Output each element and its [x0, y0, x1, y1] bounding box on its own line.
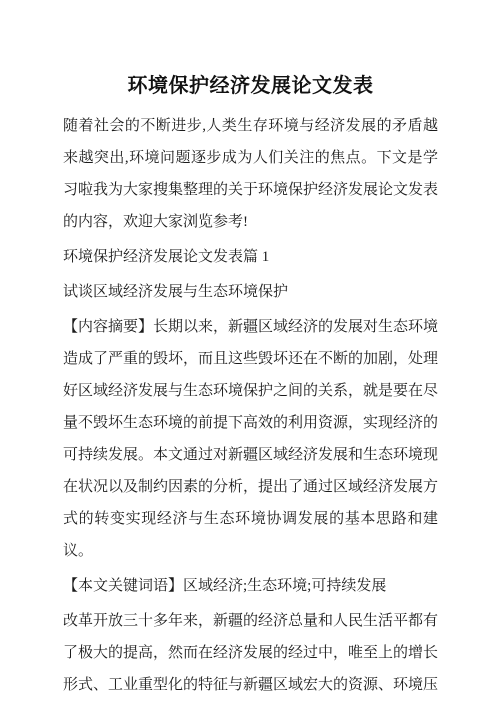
paragraph-article-title: 试谈区域经济发展与生态环境保护 — [63, 276, 438, 308]
paragraph-abstract: 【内容摘要】长期以来，新疆区域经济的发展对生态环境造成了严重的毁坏，而且这些毁坏… — [63, 311, 438, 567]
paragraph-keywords: 【本文关键词语】区域经济;生态环境;可持续发展 — [63, 570, 438, 602]
paragraph-body-text: 改革开放三十多年来，新疆的经济总量和人民生活平都有了极大的提高，然而在经济发展的… — [63, 605, 438, 701]
document-page: 环境保护经济发展论文发表 随着社会的不断进步,人类生存环境与经济发展的矛盾越来越… — [0, 0, 500, 707]
paragraph-intro: 随着社会的不断进步,人类生存环境与经济发展的矛盾越来越突出,环境问题逐步成为人们… — [63, 110, 438, 238]
paragraph-section-heading: 环境保护经济发展论文发表篇 1 — [63, 241, 438, 273]
document-title: 环境保护经济发展论文发表 — [63, 70, 438, 102]
